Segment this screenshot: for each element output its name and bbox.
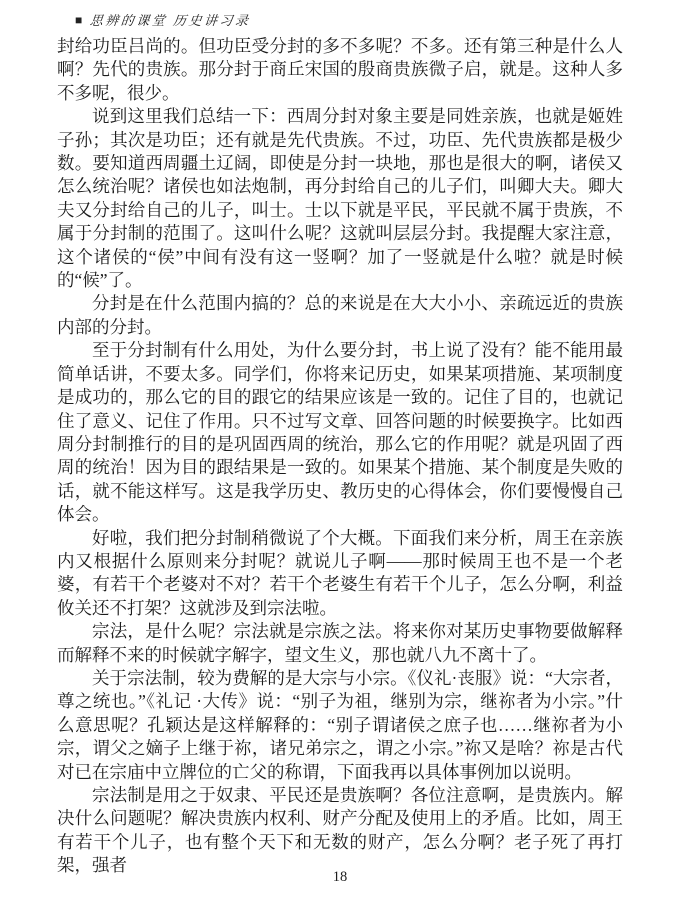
- paragraph: 宗法制是用之于奴隶、平民还是贵族啊？各位注意啊，是贵族内。解决什么问题呢？解决贵…: [57, 784, 623, 878]
- running-header: ■ 思辨的课堂 历史讲习录: [75, 10, 251, 29]
- paragraph: 说到这里我们总结一下：西周分封对象主要是同姓亲族，也就是姬姓子孙；其次是功臣；还…: [57, 105, 623, 292]
- page-number: 18: [333, 869, 348, 885]
- paragraph: 关于宗法制，较为费解的是大宗与小宗。《仪礼·丧服》说：“大宗者，尊之统也。”《礼…: [57, 667, 623, 784]
- document-page: ■ 思辨的课堂 历史讲习录 封给功臣吕尚的。但功臣受分封的多不多呢？不多。还有第…: [0, 0, 680, 900]
- paragraph: 至于分封制有什么用处，为什么要分封，书上说了没有？能不能用最简单话讲，不要太多。…: [57, 339, 623, 526]
- page-footer: 18: [0, 869, 680, 886]
- paragraph: 分封是在什么范围内搞的？总的来说是在大大小小、亲疏远近的贵族内部的分封。: [57, 292, 623, 339]
- paragraph: 好啦，我们把分封制稍微说了个大概。下面我们来分析，周王在亲族内又根据什么原则来分…: [57, 527, 623, 621]
- document-body: 封给功臣吕尚的。但功臣受分封的多不多呢？不多。还有第三种是什么人啊？先代的贵族。…: [57, 35, 623, 878]
- paragraph: 封给功臣吕尚的。但功臣受分封的多不多呢？不多。还有第三种是什么人啊？先代的贵族。…: [57, 35, 623, 105]
- paragraph: 宗法，是什么呢？宗法就是宗族之法。将来你对某历史事物要做解释而解释不来的时候就字…: [57, 620, 623, 667]
- header-square-icon: ■: [75, 14, 82, 26]
- header-title: 思辨的课堂 历史讲习录: [89, 10, 252, 29]
